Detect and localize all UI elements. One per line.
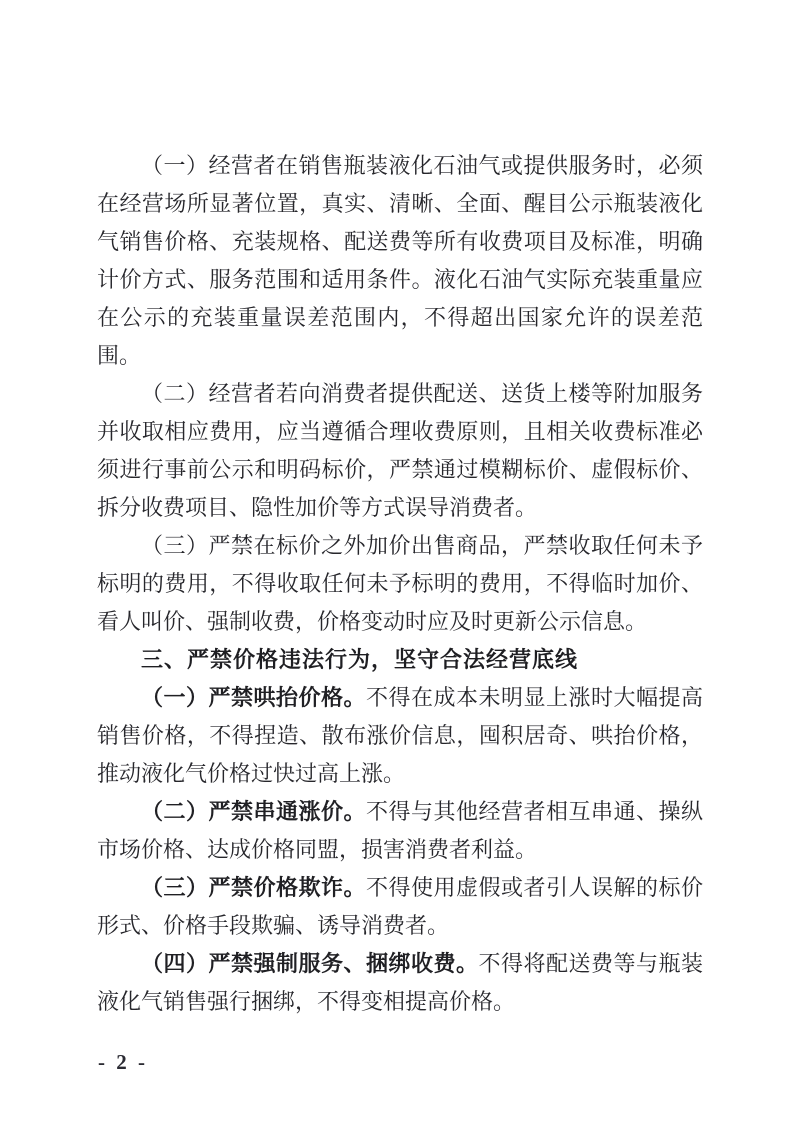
paragraph-text: （三）严禁在标价之外加价出售商品，严禁收取任何未予标明的费用，不得收取任何未予标…	[97, 533, 703, 634]
document-body: （一）经营者在销售瓶装液化石油气或提供服务时，必须在经营场所显著位置，真实、清晰…	[97, 147, 703, 1021]
paragraph-lead: （二）严禁串通涨价。	[141, 799, 366, 824]
paragraph-item-5: （二）严禁串通涨价。不得与其他经营者相互串通、操纵市场价格、达成价格同盟，损害消…	[97, 793, 703, 869]
document-page: （一）经营者在销售瓶装液化石油气或提供服务时，必须在经营场所显著位置，真实、清晰…	[0, 0, 800, 1122]
paragraph-item-4: （一）严禁哄抬价格。不得在成本未明显上涨时大幅提高销售价格，不得捏造、散布涨价信…	[97, 679, 703, 793]
paragraph-lead: （一）严禁哄抬价格。	[141, 685, 366, 710]
paragraph-text: （二）经营者若向消费者提供配送、送货上楼等附加服务并收取相应费用，应当遵循合理收…	[97, 381, 703, 520]
paragraph-item-7: （四）严禁强制服务、捆绑收费。不得将配送费等与瓶装液化气销售强行捆绑，不得变相提…	[97, 945, 703, 1021]
paragraph-lead: （三）严禁价格欺诈。	[141, 875, 366, 900]
paragraph-item-1: （一）经营者在销售瓶装液化石油气或提供服务时，必须在经营场所显著位置，真实、清晰…	[97, 147, 703, 375]
paragraph-item-6: （三）严禁价格欺诈。不得使用虚假或者引人误解的标价形式、价格手段欺骗、诱导消费者…	[97, 869, 703, 945]
paragraph-lead: （四）严禁强制服务、捆绑收费。	[141, 951, 478, 976]
page-number: - 2 -	[98, 1048, 148, 1076]
paragraph-item-2: （二）经营者若向消费者提供配送、送货上楼等附加服务并收取相应费用，应当遵循合理收…	[97, 375, 703, 527]
section-heading: 三、严禁价格违法行为，坚守合法经营底线	[97, 641, 703, 679]
paragraph-text: （一）经营者在销售瓶装液化石油气或提供服务时，必须在经营场所显著位置，真实、清晰…	[97, 153, 703, 368]
paragraph-item-3: （三）严禁在标价之外加价出售商品，严禁收取任何未予标明的费用，不得收取任何未予标…	[97, 527, 703, 641]
